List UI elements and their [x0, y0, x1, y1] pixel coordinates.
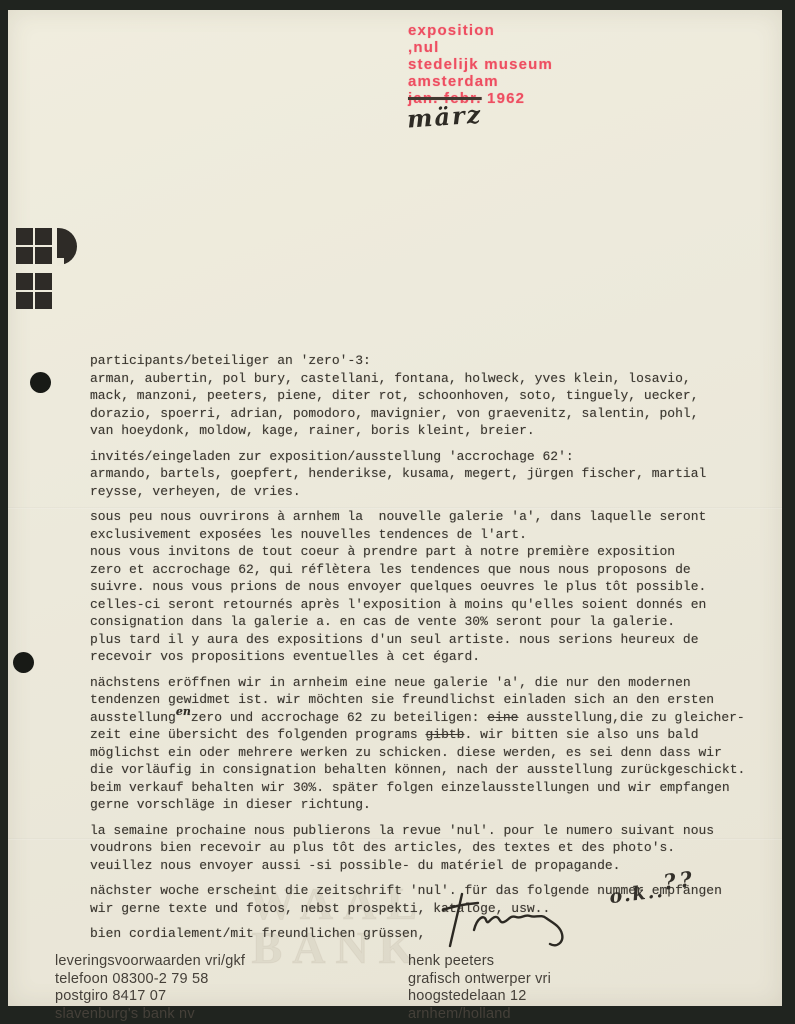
text-segment: van hoeydonk, moldow, kage, rainer, bori…	[90, 423, 535, 438]
text-segment-sup-hand: en	[176, 705, 191, 718]
footer-line: henk peeters	[408, 953, 551, 971]
text-segment: sous peu nous ouvrirons à arnhem la nouv…	[90, 509, 706, 524]
paragraph: invités/eingeladen zur exposition/ausste…	[90, 448, 730, 501]
typewritten-line: zeit eine übersicht des folgenden progra…	[90, 726, 730, 744]
text-segment: dorazio, spoerri, adrian, pomodoro, mavi…	[90, 406, 699, 421]
text-segment: nächstens eröffnen wir in arnheim eine n…	[90, 675, 691, 690]
logo-square	[35, 228, 52, 245]
paragraph: bien cordialement/mit freundlichen grüss…	[90, 925, 730, 943]
typewritten-line: arman, aubertin, pol bury, castellani, f…	[90, 370, 730, 388]
text-segment: suivre. nous vous prions de nous envoyer…	[90, 579, 706, 594]
exposition-nul-stamp: exposition,nulstedelijk museumamsterdamj…	[408, 22, 553, 107]
typewritten-line: armando, bartels, goepfert, henderikse, …	[90, 465, 730, 483]
typewritten-line: veuillez nous envoyer aussi -si possible…	[90, 857, 730, 875]
typewritten-line: exclusivement exposées les nouvelles ten…	[90, 526, 730, 544]
text-segment: zero und accrochage 62 zu beteiligen:	[191, 710, 487, 725]
text-segment: zeit eine übersicht des folgenden progra…	[90, 727, 425, 742]
typewritten-line: reysse, verheyen, de vries.	[90, 483, 730, 501]
footer-line: telefoon 08300-2 79 58	[55, 971, 245, 989]
paragraph: nächstens eröffnen wir in arnheim eine n…	[90, 674, 730, 814]
logo-square	[16, 292, 33, 309]
text-segment: mack, manzoni, peeters, piene, diter rot…	[90, 388, 699, 403]
typewritten-line: dorazio, spoerri, adrian, pomodoro, mavi…	[90, 405, 730, 423]
logo-square	[16, 247, 33, 264]
typewritten-line: gerne vorschläge in dieser richtung.	[90, 796, 730, 814]
text-segment: la semaine prochaine nous publierons la …	[90, 823, 714, 838]
text-segment: plus tard il y aura des expositions d'un…	[90, 632, 699, 647]
typewritten-line: van hoeydonk, moldow, kage, rainer, bori…	[90, 422, 730, 440]
text-segment: möglichst ein oder mehrere werken zu sch…	[90, 745, 722, 760]
text-segment: ausstellung,die zu gleicher-	[519, 710, 745, 725]
scanned-letter-page: { "stamp": { "color": "#ee4e61", "lines"…	[0, 0, 795, 1024]
text-segment: beim verkauf behalten wir 30%. später fo…	[90, 780, 730, 795]
text-segment: consignation dans la galerie a. en cas d…	[90, 614, 675, 629]
text-segment: arman, aubertin, pol bury, castellani, f…	[90, 371, 691, 386]
text-segment: amsterdam	[408, 73, 499, 90]
text-segment: participants/beteiliger an 'zero'-3:	[90, 353, 371, 368]
typewritten-line: beim verkauf behalten wir 30%. später fo…	[90, 779, 730, 797]
text-segment: stedelijk museum	[408, 56, 553, 73]
typewritten-line: recevoir vos propositions eventuelles à …	[90, 648, 730, 666]
text-segment: gerne vorschläge in dieser richtung.	[90, 797, 371, 812]
footer-line: leveringsvoorwaarden vri/gkf	[55, 953, 245, 971]
logo-square	[35, 292, 52, 309]
text-segment: armando, bartels, goepfert, henderikse, …	[90, 466, 706, 481]
typewritten-line: participants/beteiliger an 'zero'-3:	[90, 352, 730, 370]
punch-hole	[30, 372, 51, 393]
letterhead-p-logo	[16, 228, 88, 318]
text-segment: reysse, verheyen, de vries.	[90, 484, 301, 499]
letter-body: participants/beteiliger an 'zero'-3:arma…	[90, 352, 730, 951]
typewritten-line: invités/eingeladen zur exposition/ausste…	[90, 448, 730, 466]
footer-line: hoogstedelaan 12	[408, 988, 551, 1006]
ok-question-marks: ??	[662, 866, 697, 895]
logo-half-disc	[57, 228, 77, 265]
stamp-line: amsterdam	[408, 73, 553, 90]
paragraph: sous peu nous ouvrirons à arnhem la nouv…	[90, 508, 730, 666]
stamp-line: stedelijk museum	[408, 56, 553, 73]
typewritten-line: ausstellungenzero und accrochage 62 zu b…	[90, 709, 730, 727]
footer-line: slavenburg's bank nv	[55, 1006, 245, 1024]
stamp-line: ,nul	[408, 39, 553, 56]
text-segment: celles-ci seront retournés après l'expos…	[90, 597, 706, 612]
typewritten-line: mack, manzoni, peeters, piene, diter rot…	[90, 387, 730, 405]
typewritten-line: nous vous invitons de tout coeur à prend…	[90, 543, 730, 561]
signature-handwriting	[438, 890, 588, 952]
typewritten-line: consignation dans la galerie a. en cas d…	[90, 613, 730, 631]
letter-paper: exposition,nulstedelijk museumamsterdamj…	[8, 10, 782, 1006]
text-segment: ,nul	[408, 39, 439, 56]
text-segment: invités/eingeladen zur exposition/ausste…	[90, 449, 574, 464]
text-segment: voudrons bien recevoir au plus tôt des a…	[90, 840, 675, 855]
text-segment-strike: eine	[487, 710, 518, 725]
typewritten-line: la semaine prochaine nous publierons la …	[90, 822, 730, 840]
typewritten-line: suivre. nous vous prions de nous envoyer…	[90, 578, 730, 596]
typewritten-line: zero et accrochage 62, qui réflètera les…	[90, 561, 730, 579]
handwritten-month-correction: märz	[406, 99, 483, 133]
typewritten-line: voudrons bien recevoir au plus tôt des a…	[90, 839, 730, 857]
text-segment: ausstellung	[90, 710, 176, 725]
punch-hole	[13, 652, 34, 673]
footer-line: arnhem/holland	[408, 1006, 551, 1024]
text-segment: die vorläufig in consignation behalten k…	[90, 762, 745, 777]
stamp-line: exposition	[408, 22, 553, 39]
text-segment: bien cordialement/mit freundlichen grüss…	[90, 926, 425, 941]
text-segment: veuillez nous envoyer aussi -si possible…	[90, 858, 621, 873]
typewritten-line: sous peu nous ouvrirons à arnhem la nouv…	[90, 508, 730, 526]
logo-square	[16, 228, 33, 245]
typewritten-line: möglichst ein oder mehrere werken zu sch…	[90, 744, 730, 762]
footer-line: grafisch ontwerper vri	[408, 971, 551, 989]
paragraph: participants/beteiliger an 'zero'-3:arma…	[90, 352, 730, 440]
logo-square	[16, 273, 33, 290]
typewritten-line: celles-ci seront retournés après l'expos…	[90, 596, 730, 614]
logo-square	[35, 273, 52, 290]
text-segment-strike: gibtb	[425, 727, 464, 742]
footer-address-block: henk peeters grafisch ontwerper vri hoog…	[408, 953, 551, 1023]
typewritten-line: bien cordialement/mit freundlichen grüss…	[90, 925, 730, 943]
paragraph: la semaine prochaine nous publierons la …	[90, 822, 730, 875]
text-segment: 1962	[482, 90, 526, 107]
footer-contact-block: leveringsvoorwaarden vri/gkf telefoon 08…	[55, 953, 245, 1023]
typewritten-line: nächstens eröffnen wir in arnheim eine n…	[90, 674, 730, 692]
text-segment: exposition	[408, 22, 495, 39]
text-segment: exclusivement exposées les nouvelles ten…	[90, 527, 527, 542]
logo-square	[35, 247, 52, 264]
footer-line: postgiro 8417 07	[55, 988, 245, 1006]
typewritten-line: die vorläufig in consignation behalten k…	[90, 761, 730, 779]
text-segment: zero et accrochage 62, qui réflètera les…	[90, 562, 691, 577]
text-segment: nous vous invitons de tout coeur à prend…	[90, 544, 675, 559]
text-segment: recevoir vos propositions eventuelles à …	[90, 649, 480, 664]
text-segment: . wir bitten sie also uns bald	[464, 727, 698, 742]
typewritten-line: plus tard il y aura des expositions d'un…	[90, 631, 730, 649]
